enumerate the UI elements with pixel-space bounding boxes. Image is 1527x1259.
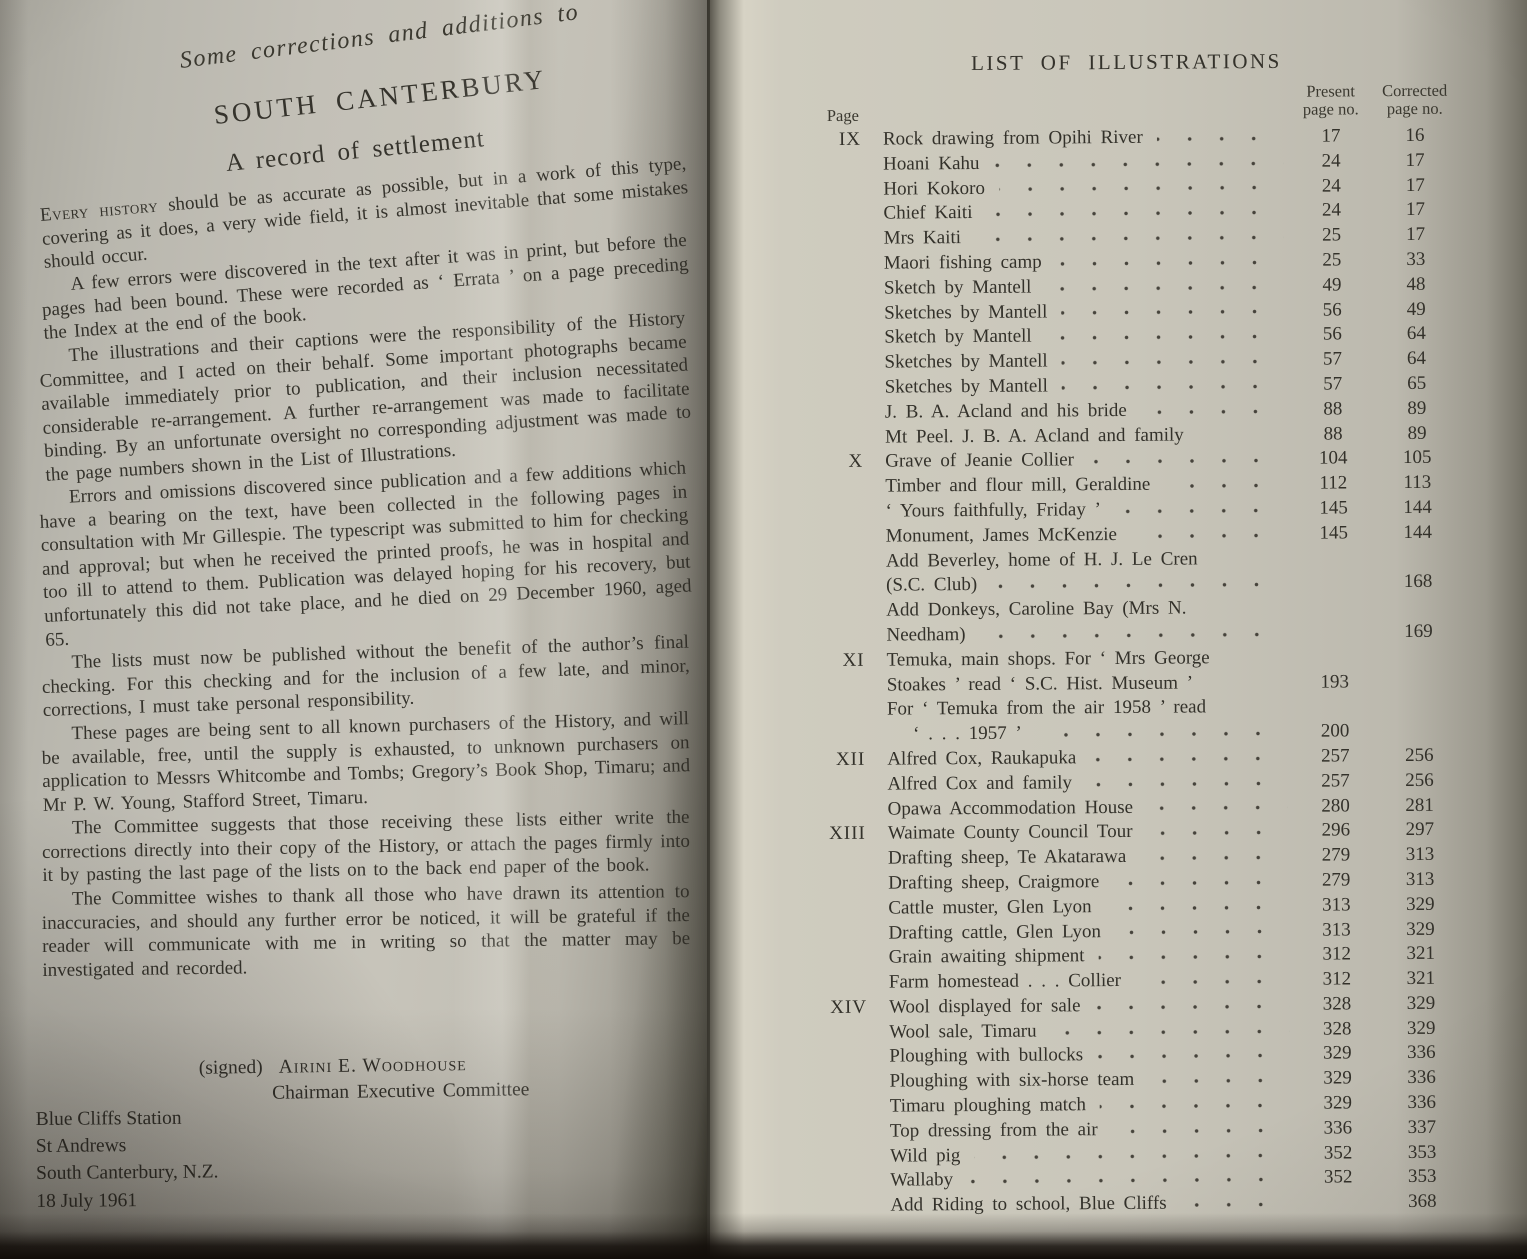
plate-number — [795, 674, 887, 697]
dot-leader — [1181, 1202, 1291, 1208]
dot-leader — [1157, 136, 1283, 142]
plate-number — [798, 1096, 890, 1119]
illustrations-table: IXRock drawing from Opihi River1716Hoani… — [791, 125, 1471, 1221]
dot-leader — [1097, 1053, 1289, 1059]
illustration-caption: Add Donkeys, Caroline Bay (Mrs N. — [886, 598, 1186, 622]
address-line: South Canterbury, N.Z. — [36, 1159, 219, 1188]
present-page-no: 57 — [1297, 373, 1369, 396]
present-page-no: 25 — [1296, 249, 1368, 272]
dot-leader — [1141, 408, 1285, 414]
corrected-page-no: 321 — [1373, 943, 1469, 966]
dot-leader — [1148, 1078, 1289, 1084]
illustration-caption: Sketches by Mantell — [885, 375, 1048, 398]
illustration-caption: Drafting sheep, Te Akatarawa — [888, 846, 1126, 870]
book-subtitle: A record of settlement — [225, 125, 486, 178]
signed-role: Chairman Executive Committee — [42, 1077, 692, 1108]
dot-leader — [1146, 830, 1287, 836]
dot-leader — [1046, 334, 1285, 341]
dot-leader — [1036, 731, 1287, 738]
corrected-page-no: 329 — [1373, 992, 1469, 1015]
errata-page: Some corrections and additions to SOUTH … — [0, 0, 707, 1259]
column-headers: Page Present page no. Corrected page no. — [791, 82, 1463, 127]
illustration-caption: (S.C. Club) — [886, 574, 977, 597]
dot-leader — [1131, 532, 1286, 538]
plate-number — [794, 575, 886, 598]
illustration-caption: Mrs Kaiti — [884, 227, 962, 250]
corrected-page-no: 329 — [1373, 1017, 1469, 1040]
present-column-header: Present page no. — [1295, 82, 1367, 119]
paragraph: The Committee suggests that those receiv… — [41, 806, 690, 888]
corrected-page-no — [1371, 711, 1467, 712]
illustration-caption: Sketches by Mantell — [884, 351, 1047, 374]
present-page-no: 328 — [1301, 993, 1373, 1016]
dot-leader — [1147, 805, 1288, 811]
corrected-page-no: 256 — [1371, 744, 1467, 767]
corrected-header-line2: page no. — [1367, 100, 1463, 119]
illustration-caption: Opawa Accommodation House — [888, 796, 1134, 820]
illustration-caption: Rock drawing from Opihi River — [883, 127, 1143, 151]
illustration-caption: Waimate County Council Tour — [888, 821, 1133, 845]
corrected-page-no — [1371, 686, 1467, 687]
dot-leader — [1090, 756, 1287, 762]
page-column-header: Page — [827, 106, 859, 126]
plate-number — [797, 972, 889, 995]
table-row: Add Riding to school, Blue Cliffs368 — [798, 1191, 1470, 1220]
plate-number — [797, 1021, 889, 1044]
present-page-no: 88 — [1297, 398, 1369, 421]
plate-number — [797, 1071, 889, 1094]
corrected-page-no: 256 — [1371, 769, 1467, 792]
plate-number — [797, 947, 889, 970]
present-page-no — [1298, 612, 1370, 613]
plate-number — [798, 1195, 890, 1218]
plate-number — [792, 277, 884, 300]
plate-number — [793, 426, 885, 449]
present-page-no: 193 — [1299, 671, 1371, 694]
dot-leader — [986, 210, 1283, 217]
corrected-page-no: 353 — [1374, 1166, 1470, 1189]
corrected-page-no: 336 — [1373, 1067, 1469, 1090]
corrected-page-no: 169 — [1370, 621, 1466, 644]
present-page-no: 24 — [1295, 150, 1367, 173]
dot-leader — [999, 185, 1283, 192]
corrected-page-no: 368 — [1374, 1191, 1470, 1214]
corrected-page-no: 17 — [1367, 149, 1463, 172]
dot-leader — [974, 1152, 1290, 1159]
dot-leader — [1061, 309, 1284, 316]
present-page-no: 88 — [1297, 423, 1369, 446]
address-line: St Andrews — [36, 1132, 219, 1161]
present-page-no: 145 — [1297, 497, 1369, 520]
plate-number — [794, 625, 886, 648]
illustration-caption: Wallaby — [890, 1170, 953, 1192]
dot-leader — [1115, 929, 1289, 935]
dot-leader — [1045, 285, 1284, 292]
plate-number — [793, 377, 885, 400]
illustration-caption: Monument, James McKenzie — [886, 524, 1117, 548]
present-page-no: 279 — [1300, 844, 1372, 867]
illustration-caption: Maori fishing camp — [884, 252, 1042, 275]
plate-number — [796, 897, 888, 920]
present-page-no: 312 — [1301, 968, 1373, 991]
illustration-caption: ‘ Yours faithfully, Friday ’ — [885, 499, 1100, 523]
plate-number — [793, 401, 885, 424]
present-page-no — [1298, 563, 1370, 564]
illustration-caption: Add Riding to school, Blue Cliffs — [890, 1193, 1166, 1217]
plate-number — [798, 1145, 890, 1168]
corrected-page-no — [1370, 612, 1466, 613]
corrected-page-no: 168 — [1370, 571, 1466, 594]
illustration-caption: J. B. A. Acland and his bride — [885, 400, 1127, 424]
present-page-no: 49 — [1296, 274, 1368, 297]
illustration-caption: Ploughing with bullocks — [889, 1045, 1083, 1068]
present-page-no: 145 — [1298, 522, 1370, 545]
dot-leader — [1113, 880, 1288, 886]
present-page-no: 25 — [1296, 224, 1368, 247]
plate-number — [792, 327, 884, 350]
plate-number — [796, 848, 888, 871]
dot-leader — [1140, 855, 1288, 861]
plate-number — [796, 922, 888, 945]
present-page-no — [1299, 662, 1371, 663]
present-page-no: 352 — [1302, 1142, 1374, 1165]
dot-leader — [1112, 1128, 1290, 1134]
dot-leader — [1099, 954, 1289, 960]
illustration-caption: Sketch by Mantell — [884, 326, 1031, 349]
dot-leader — [1062, 384, 1285, 391]
corrected-page-no: 17 — [1368, 224, 1464, 247]
plate-number — [798, 1170, 890, 1193]
plate-number — [792, 302, 884, 325]
address-block: Blue Cliffs StationSt AndrewsSouth Cante… — [36, 1104, 219, 1214]
present-page-no: 329 — [1301, 1068, 1373, 1091]
corrected-page-no: 144 — [1369, 497, 1465, 520]
illustration-caption: Drafting cattle, Glen Lyon — [888, 921, 1101, 944]
corrected-page-no: 313 — [1372, 844, 1468, 867]
plate-number — [795, 724, 887, 747]
corrected-page-no: 89 — [1369, 422, 1465, 445]
present-page-no: 24 — [1295, 175, 1367, 198]
plate-number — [794, 600, 886, 623]
corrected-page-no: 336 — [1374, 1092, 1470, 1115]
address-line: 18 July 1961 — [36, 1186, 219, 1215]
book-title: SOUTH CANTERBURY — [212, 64, 548, 131]
illustration-caption: Drafting sheep, Craigmore — [888, 871, 1099, 894]
plate-number — [793, 501, 885, 524]
present-page-no: 56 — [1296, 299, 1368, 322]
plate-number — [791, 153, 883, 176]
illustration-caption: Timber and flour mill, Geraldine — [885, 474, 1150, 498]
illustration-caption: Sketches by Mantell — [884, 301, 1047, 324]
errata-heading-italic: Some corrections and additions to — [178, 0, 580, 75]
present-page-no: 200 — [1299, 720, 1371, 743]
present-header-line2: page no. — [1295, 100, 1367, 119]
present-page-no: 329 — [1301, 1043, 1373, 1066]
corrected-page-no: 321 — [1373, 968, 1469, 991]
illustration-caption: For ‘ Temuka from the air 1958 ’ read — [887, 697, 1206, 721]
corrected-page-no: 17 — [1367, 174, 1463, 197]
present-page-no — [1299, 712, 1371, 713]
dot-leader — [1088, 458, 1285, 464]
corrected-page-no: 336 — [1373, 1042, 1469, 1065]
illustration-caption: Stoakes ’ read ‘ S.C. Hist. Museum ’ — [887, 672, 1193, 696]
signed-name: Airini E. Woodhouse — [263, 1054, 467, 1078]
dot-leader — [975, 235, 1284, 242]
list-title: LIST OF ILLUSTRATIONS — [790, 48, 1462, 78]
corrected-page-no: 313 — [1372, 868, 1468, 891]
dot-leader — [1056, 260, 1284, 267]
dot-leader — [980, 632, 1287, 639]
plate-number: XIII — [796, 823, 888, 846]
illustration-caption: Hori Kokoro — [883, 178, 985, 201]
dot-leader — [1062, 359, 1285, 366]
present-page-no: 352 — [1302, 1167, 1374, 1190]
illustration-caption: Hoani Kahu — [883, 153, 979, 176]
illustration-caption: Cattle muster, Glen Lyon — [888, 896, 1091, 919]
illustration-caption: Sketch by Mantell — [884, 276, 1031, 299]
plate-number: XIV — [797, 997, 889, 1020]
present-page-no: 112 — [1297, 472, 1369, 495]
corrected-page-no: 337 — [1374, 1116, 1470, 1139]
plate-number: IX — [791, 129, 883, 152]
corrected-page-no: 64 — [1368, 348, 1464, 371]
signed-label: (signed) — [199, 1057, 263, 1079]
illustration-caption: Ploughing with six-horse team — [889, 1069, 1134, 1093]
plate-number — [794, 550, 886, 573]
corrected-page-no: 65 — [1369, 373, 1465, 396]
corrected-page-no: 89 — [1369, 397, 1465, 420]
corrected-page-no: 281 — [1372, 794, 1468, 817]
present-page-no: 56 — [1296, 324, 1368, 347]
plate-number — [795, 699, 887, 722]
present-page-no: 104 — [1297, 448, 1369, 471]
corrected-page-no: 16 — [1367, 125, 1463, 148]
present-page-no: 313 — [1300, 894, 1372, 917]
present-page-no: 336 — [1302, 1117, 1374, 1140]
illustration-caption: Temuka, main shops. For ‘ Mrs George — [887, 647, 1210, 671]
dot-leader — [1115, 508, 1286, 514]
plate-number — [792, 228, 884, 251]
list-of-illustrations-page: LIST OF ILLUSTRATIONS Page Present page … — [707, 0, 1527, 1259]
corrected-page-no — [1371, 661, 1467, 662]
corrected-page-no: 17 — [1367, 199, 1463, 222]
corrected-page-no: 113 — [1369, 472, 1465, 495]
illustration-caption: Alfred Cox and family — [887, 772, 1072, 795]
dot-leader — [1051, 1028, 1290, 1035]
list-content: LIST OF ILLUSTRATIONS Page Present page … — [707, 0, 1527, 1259]
present-page-no: 313 — [1300, 919, 1372, 942]
corrected-page-no: 105 — [1369, 447, 1465, 470]
corrected-page-no: 48 — [1368, 273, 1464, 296]
plate-number — [791, 178, 883, 201]
illustration-caption: Add Beverley, home of H. J. Le Cren — [886, 548, 1198, 572]
present-page-no: 257 — [1299, 770, 1371, 793]
present-page-no — [1298, 588, 1370, 589]
present-page-no: 279 — [1300, 869, 1372, 892]
present-page-no: 17 — [1295, 125, 1367, 148]
illustration-caption: Timaru ploughing match — [890, 1094, 1086, 1117]
paragraph: The Committee wishes to thank all those … — [41, 880, 690, 982]
present-page-no — [1302, 1207, 1374, 1208]
plate-number — [797, 1046, 889, 1069]
present-page-no — [1298, 637, 1370, 638]
plate-number — [798, 1120, 890, 1143]
corrected-column-header: Corrected page no. — [1367, 82, 1463, 119]
present-page-no: 57 — [1296, 348, 1368, 371]
plate-number — [791, 203, 883, 226]
illustration-caption: Grave of Jeanie Collier — [885, 450, 1074, 473]
corrected-page-no — [1370, 562, 1466, 563]
plate-number — [796, 873, 888, 896]
plate-number — [794, 525, 886, 548]
corrected-page-no — [1371, 736, 1467, 737]
paragraph: Errors and omissions discovered since pu… — [38, 457, 693, 652]
present-page-no: 257 — [1299, 745, 1371, 768]
present-header-line1: Present — [1295, 82, 1367, 101]
dot-leader — [1164, 483, 1285, 489]
dot-leader — [1086, 780, 1287, 786]
dot-leader — [1106, 904, 1289, 910]
illustration-caption: Mt Peel. J. B. A. Acland and family — [885, 424, 1184, 448]
corrected-page-no: 49 — [1368, 298, 1464, 321]
dot-leader — [1094, 1004, 1289, 1010]
present-page-no: 24 — [1295, 200, 1367, 223]
corrected-page-no: 297 — [1372, 819, 1468, 842]
illustration-caption: Wool displayed for sale — [889, 995, 1081, 1018]
present-page-no: 329 — [1302, 1092, 1374, 1115]
signature-block: (signed)Airini E. Woodhouse Chairman Exe… — [42, 1051, 693, 1108]
corrected-header-line1: Corrected — [1367, 82, 1463, 101]
corrected-page-no: 329 — [1372, 918, 1468, 941]
illustration-caption: ‘ . . . 1957 ’ — [887, 723, 1022, 746]
plate-number: XI — [795, 649, 887, 672]
corrected-page-no: 144 — [1370, 521, 1466, 544]
paragraph: These pages are being sent to all known … — [41, 707, 691, 817]
illustration-caption: Farm homestead . . . Collier — [889, 970, 1121, 994]
corrected-page-no: 329 — [1372, 893, 1468, 916]
dot-leader — [1135, 979, 1289, 985]
illustration-caption: Needham) — [886, 624, 965, 647]
present-page-no: 280 — [1300, 795, 1372, 818]
illustration-caption: Top dressing from the air — [890, 1119, 1098, 1142]
plate-number: X — [793, 451, 885, 474]
dot-leader — [993, 161, 1283, 168]
illustration-caption: Alfred Cox, Raukapuka — [887, 747, 1076, 770]
errata-paragraphs: Every history should be as accurate as p… — [42, 204, 690, 983]
illustration-caption: Chief Kaiti — [883, 202, 972, 225]
present-page-no: 296 — [1300, 820, 1372, 843]
illustration-caption: Grain awaiting shipment — [889, 946, 1085, 969]
present-page-no: 328 — [1301, 1018, 1373, 1041]
corrected-page-no: 64 — [1368, 323, 1464, 346]
corrected-page-no: 353 — [1374, 1141, 1470, 1164]
present-page-no: 312 — [1301, 944, 1373, 967]
plate-number: XII — [795, 749, 887, 772]
plate-number — [795, 773, 887, 796]
plate-number — [793, 476, 885, 499]
plate-number — [796, 798, 888, 821]
address-line: Blue Cliffs Station — [36, 1104, 219, 1133]
illustration-caption: Wool sale, Timaru — [889, 1020, 1037, 1043]
dot-leader — [967, 1177, 1290, 1184]
dot-leader — [1100, 1103, 1290, 1109]
illustration-caption: Wild pig — [890, 1145, 960, 1167]
corrected-page-no: 33 — [1368, 249, 1464, 272]
dot-leader — [991, 582, 1286, 589]
plate-number — [792, 352, 884, 375]
plate-number — [792, 253, 884, 276]
